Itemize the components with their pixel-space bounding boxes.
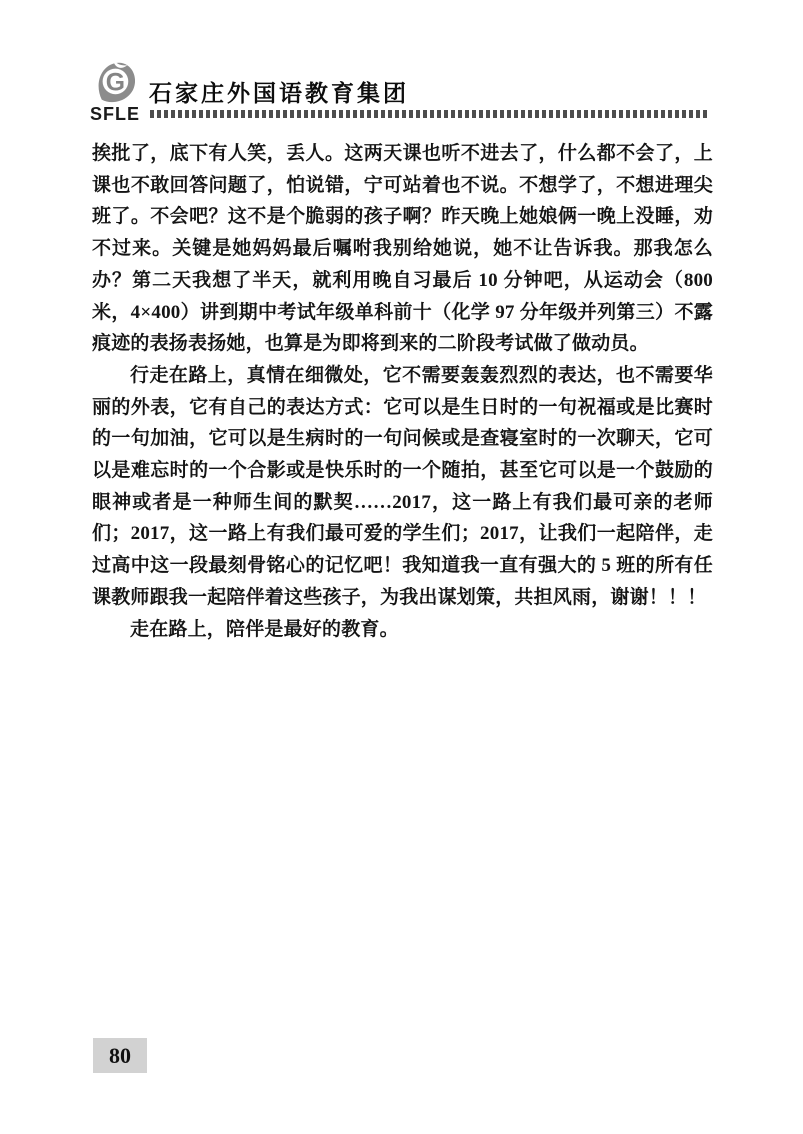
logo-acronym: SFLE [86, 105, 144, 123]
book-page: G SFLE 石家庄外国语教育集团 挨批了，底下有人笑，丢人。这两天课也听不进去… [0, 0, 803, 1134]
page-number: 80 [109, 1043, 131, 1069]
header-divider-rule [150, 110, 710, 118]
paragraph-1: 挨批了，底下有人笑，丢人。这两天课也听不进去了，什么都不会了，上课也不敢回答问题… [92, 138, 713, 360]
body-text: 挨批了，底下有人笑，丢人。这两天课也听不进去了，什么都不会了，上课也不敢回答问题… [92, 138, 713, 645]
svg-text:G: G [106, 69, 125, 96]
paragraph-2: 行走在路上，真情在细微处，它不需要轰轰烈烈的表达，也不需要华丽的外表，它有自己的… [92, 360, 713, 614]
page-number-badge: 80 [93, 1038, 147, 1073]
sfle-droplet-g-logo-icon: G [86, 58, 144, 104]
org-title: 石家庄外国语教育集团 [149, 82, 409, 105]
paragraph-3: 走在路上，陪伴是最好的教育。 [92, 614, 713, 646]
sfle-logo: G SFLE [86, 58, 144, 123]
